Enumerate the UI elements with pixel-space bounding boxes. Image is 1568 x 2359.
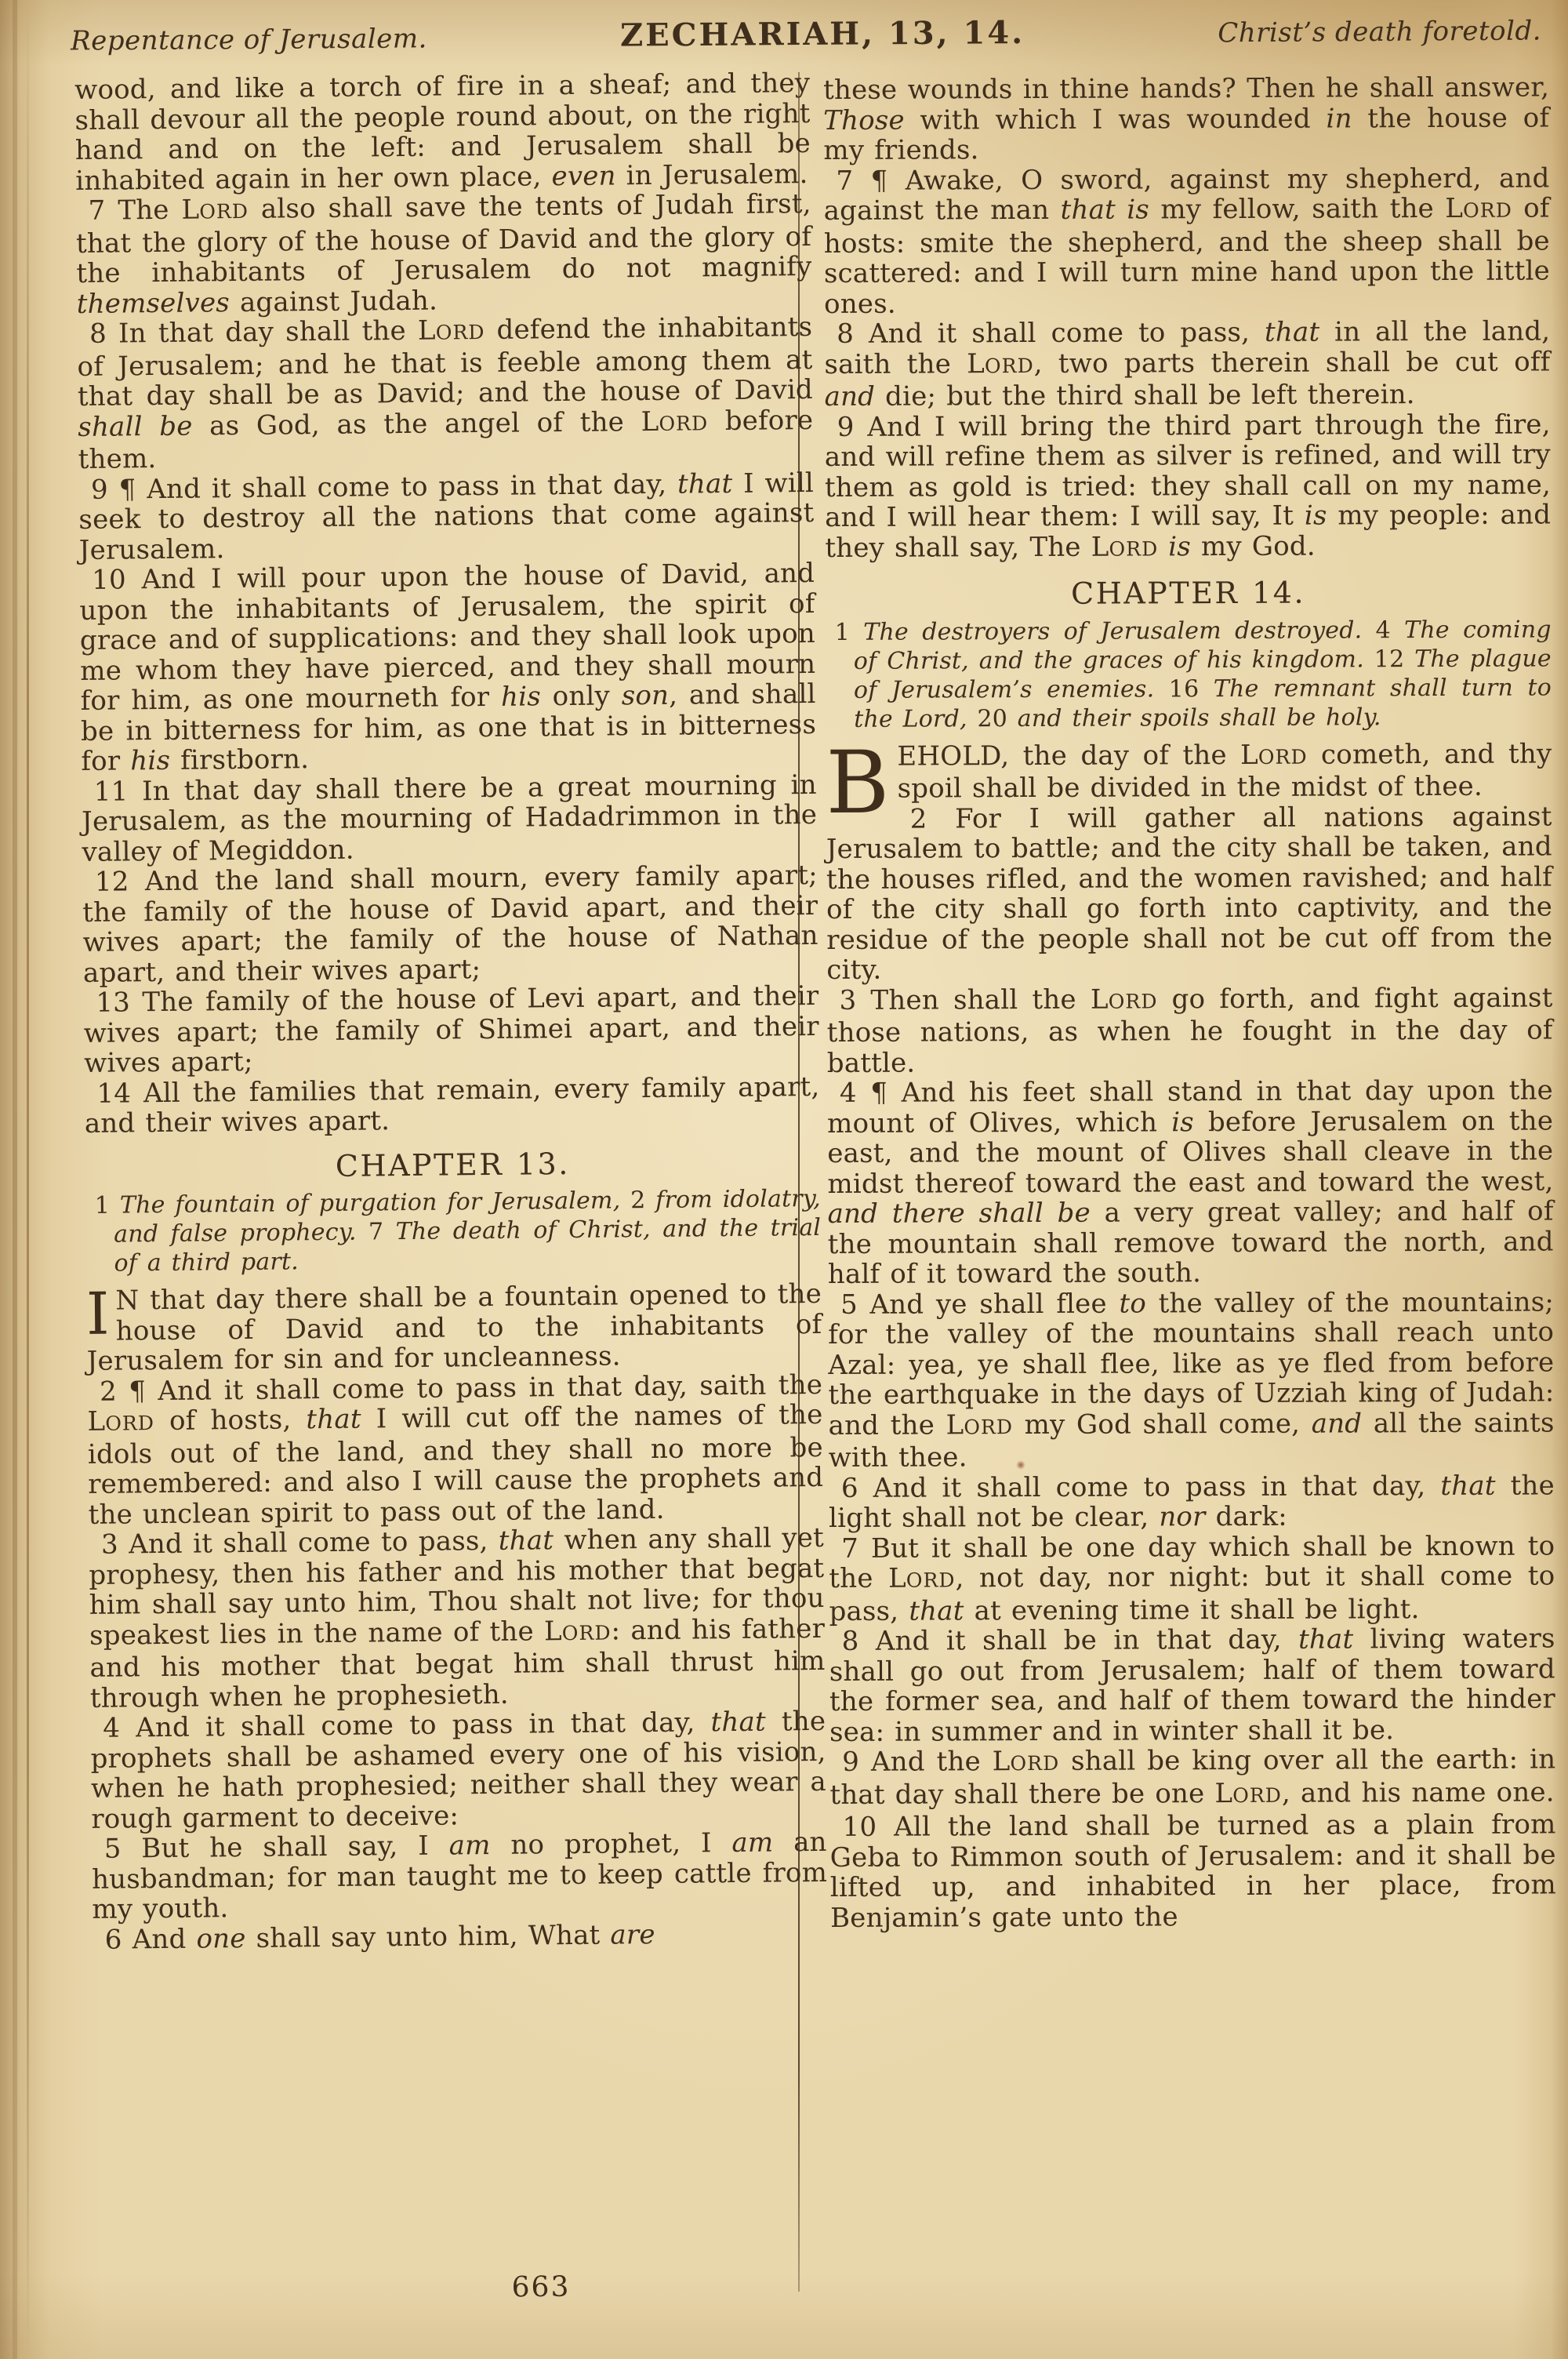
- chapter-heading: CHAPTER 13.: [85, 1146, 820, 1183]
- lord-smallcaps: LORD: [1240, 739, 1308, 770]
- verse-paragraph: IN that day there shall be a fountain op…: [86, 1279, 822, 1376]
- verse-paragraph: BEHOLD, the day of the LORD cometh, and …: [826, 739, 1552, 805]
- bible-page-scan: Repentance of Jerusalem. ZECHARIAH, 13, …: [0, 0, 1568, 2359]
- verse-paragraph: 5 But he shall say, I am no prophet, I a…: [92, 1827, 828, 1925]
- verse-paragraph: 9 ¶ And it shall come to pass in that da…: [78, 467, 815, 565]
- verse-paragraph: wood, and like a torch of fire in a shea…: [74, 68, 811, 196]
- lord-smallcaps: LORD: [1091, 983, 1158, 1015]
- left-column: wood, and like a torch of fire in a shea…: [74, 68, 828, 1955]
- verse-paragraph: 8 In that day shall the LORD defend the …: [77, 312, 814, 474]
- verse-paragraph: 9 And I will bring the third part throug…: [825, 409, 1552, 565]
- verse-paragraph: 7 But it shall be one day which shall be…: [829, 1531, 1555, 1627]
- lord-smallcaps: LORD: [888, 1562, 956, 1594]
- verse-paragraph: 8 And it shall be in that day, that livi…: [829, 1623, 1556, 1747]
- lord-smallcaps: LORD: [87, 1405, 154, 1438]
- lord-smallcaps: LORD: [1445, 193, 1512, 224]
- verse-paragraph: 6 And it shall come to pass in that day,…: [829, 1470, 1555, 1534]
- verse-paragraph: 10 All the land shall be turned as a pla…: [830, 1809, 1557, 1933]
- lord-smallcaps: LORD: [1214, 1777, 1282, 1808]
- book-title: ZECHARIAH, 13, 14.: [620, 14, 1025, 54]
- lord-smallcaps: LORD: [418, 314, 485, 347]
- lord-smallcaps: LORD: [993, 1746, 1060, 1777]
- binding-shadow: [13, 0, 17, 2359]
- lord-smallcaps: LORD: [181, 194, 249, 226]
- page-header: Repentance of Jerusalem. ZECHARIAH, 13, …: [71, 10, 1541, 57]
- verse-paragraph: 9 And the LORD shall be king over all th…: [829, 1744, 1555, 1812]
- verse-paragraph: 4 And it shall come to pass in that day,…: [90, 1707, 826, 1834]
- chapter-heading: CHAPTER 14.: [825, 576, 1551, 609]
- drop-cap: I: [86, 1290, 110, 1339]
- binding-crease: [27, 0, 29, 2359]
- verse-paragraph: 5 And ye shall flee to the valley of the…: [828, 1287, 1555, 1474]
- verse-paragraph: 6 And one shall say unto him, What are: [93, 1917, 828, 1955]
- right-column: these wounds in thine hands? Then he sha…: [823, 72, 1556, 1933]
- drop-cap: B: [826, 747, 889, 817]
- verse-paragraph: 3 And it shall come to pass, that when a…: [89, 1523, 826, 1714]
- lord-smallcaps: LORD: [641, 405, 708, 438]
- lord-smallcaps: LORD: [1091, 531, 1159, 562]
- page-number: 663: [149, 2267, 933, 2307]
- running-head-left: Repentance of Jerusalem.: [71, 23, 427, 56]
- lord-smallcaps: LORD: [544, 1615, 612, 1647]
- verse-paragraph: 4 ¶ And his feet shall stand in that day…: [827, 1075, 1554, 1289]
- verse-paragraph: 13 The family of the house of Levi apart…: [83, 981, 819, 1078]
- running-head-right: Christ’s death foretold.: [1218, 15, 1541, 49]
- verse-paragraph: 8 And it shall come to pass, that in all…: [824, 316, 1550, 412]
- verse-paragraph: 2 ¶ And it shall come to pass in that da…: [87, 1369, 824, 1529]
- verse-paragraph: 7 ¶ Awake, O sword, against my shepherd,…: [823, 163, 1550, 319]
- verse-paragraph: 11 In that day shall there be a great mo…: [82, 769, 818, 867]
- verse-paragraph: 2 For I will gather all nations against …: [826, 801, 1553, 986]
- lord-smallcaps: LORD: [946, 1409, 1013, 1441]
- verse-paragraph: these wounds in thine hands? Then he sha…: [823, 72, 1549, 165]
- foxing-spot: [1016, 1460, 1025, 1470]
- verse-paragraph: 10 And I will pour upon the house of Dav…: [79, 558, 817, 776]
- chapter-summary: 1 The destroyers of Jerusalem destroyed.…: [826, 615, 1552, 734]
- verse-paragraph: 12 And the land shall mourn, every famil…: [82, 860, 818, 988]
- chapter-summary: 1 The fountain of purgation for Jerusale…: [85, 1184, 822, 1278]
- verse-paragraph: 14 All the families that remain, every f…: [84, 1071, 820, 1139]
- lord-smallcaps: LORD: [967, 347, 1034, 379]
- verse-paragraph: 3 Then shall the LORD go forth, and figh…: [826, 983, 1552, 1078]
- verse-paragraph: 7 The LORD also shall save the tents of …: [75, 189, 811, 319]
